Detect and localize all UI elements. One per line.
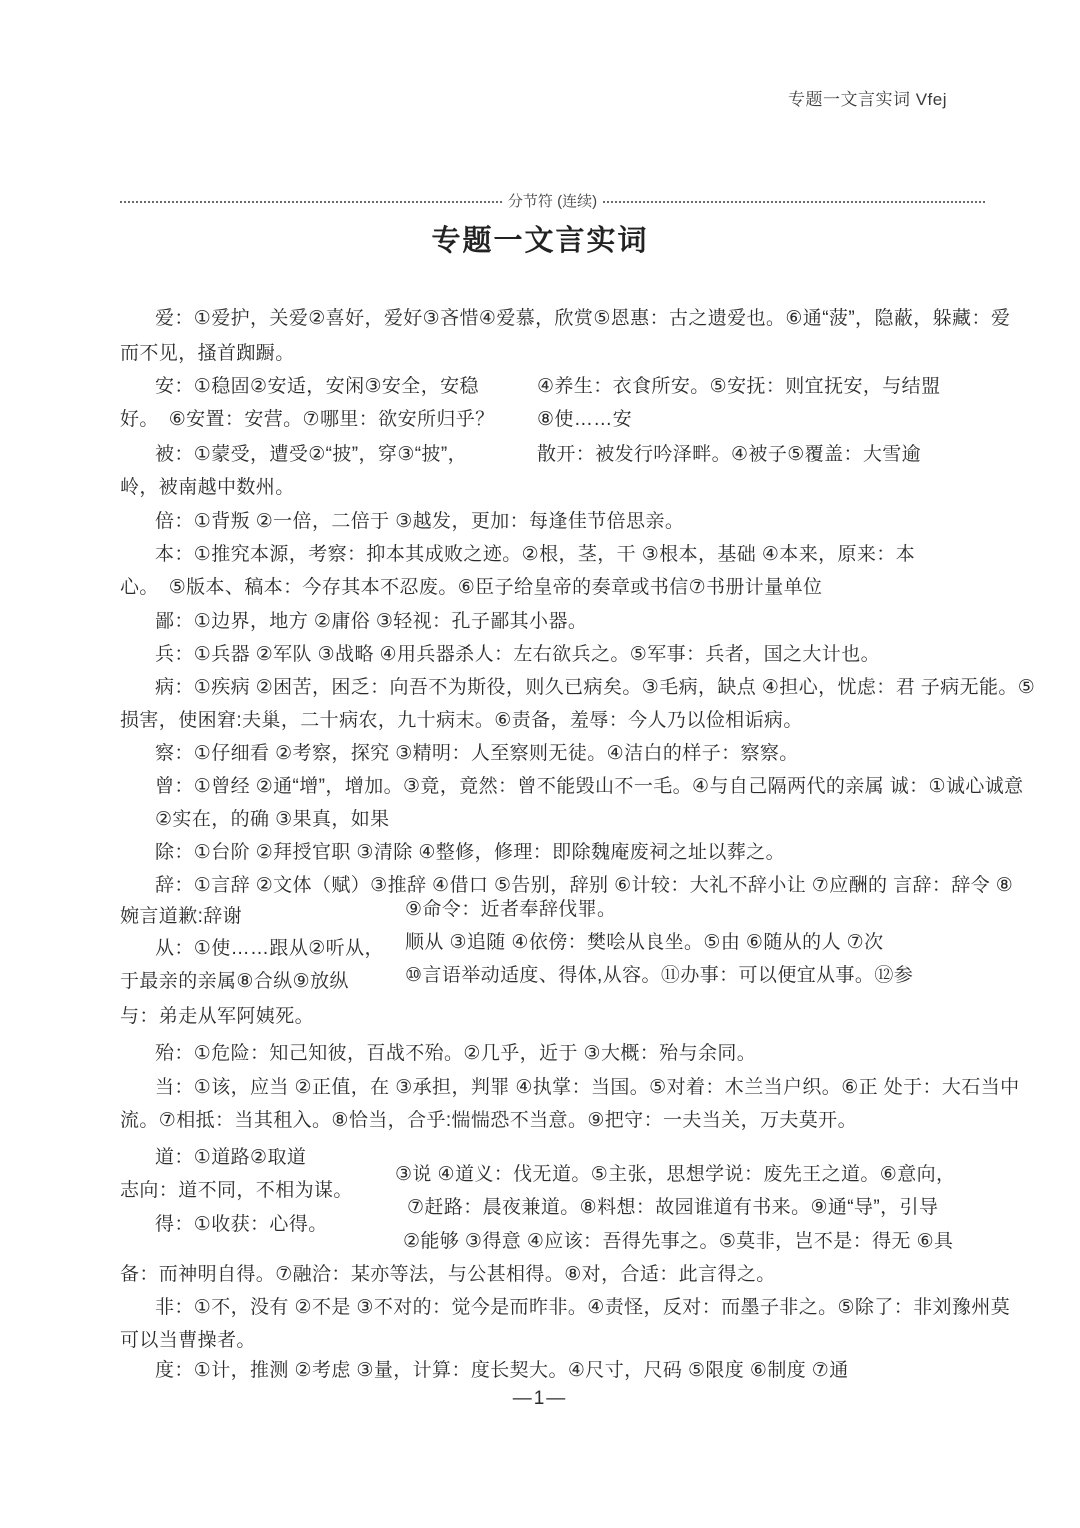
text-line: 被：①蒙受，遭受②“披”，穿③“披”， [155,444,467,467]
text-line: 察：①仔细看 ②考察，探究 ③精明：人至察则无徒。④洁白的样子：察察。 [155,743,799,766]
text-line: ④养生：衣食所安。⑤安抚：则宜抚安，与结盟 [537,376,940,399]
section-break-label: 分节符 (连续) [506,190,599,211]
text-line: 而不见，搔首踟蹰。 [120,343,295,366]
section-break-dots-right [603,201,985,203]
text-line: ⑦赶路：晨夜兼道。⑧料想：故园谁道有书来。⑨通“导”，引导 [407,1197,938,1220]
text-line: 当：①该，应当 ②正值，在 ③承担，判罪 ④执掌：当国。⑤对着：木兰当户织。⑥正… [155,1077,1020,1100]
text-line: 曾：①曾经 ②通“增”，增加。③竟，竟然：曾不能毁山不一毛。④与自己隔两代的亲属… [155,776,1024,799]
text-line: 心。 ⑤版本、稿本：今存其本不忍废。⑥臣子给皇帝的奏章或书信⑦书册计量单位 [120,577,822,600]
page-header-text: 专题一文言实词 Vfej [788,85,947,110]
text-line: 于最亲的亲属⑧合纵⑨放纵 [120,971,349,994]
text-line: 岭，被南越中数州。 [120,477,295,500]
text-line: ⑧使……安 [537,409,632,432]
text-line: 可以当曹操者。 [120,1330,256,1353]
text-line: 安：①稳固②安适，安闲③安全，安稳 [155,376,479,399]
page-number: —1— [0,1388,1080,1410]
text-line: 病：①疾病 ②困苦，困乏：向吾不为斯役，则久已病矣。③毛病，缺点 ④担心，忧虑：… [155,677,1035,700]
text-line: ⑨命令：近者奉辞伐罪。 [405,899,616,922]
text-line: 非：①不，没有 ②不是 ③不对的：觉今是而昨非。④责怪，反对：而墨子非之。⑤除了… [155,1297,1010,1320]
text-line: 散开：被发行吟泽畔。④被子⑤覆盖：大雪逾 [537,444,921,467]
section-break-marker: 分节符 (连续) [120,190,985,211]
text-line: 志向：道不同，不相为谋。 [120,1180,353,1203]
text-line: 从：①使……跟从②听从， [155,938,384,961]
section-break-dots-left [120,201,502,203]
text-line: ③说 ④道义：伐无道。⑤主张，思想学说：废先王之道。⑥意向， [395,1164,955,1187]
text-line: 得：①收获：心得。 [155,1214,328,1237]
text-line: ②能够 ③得意 ④应该：吾得先事之。⑤莫非，岂不是：得无 ⑥具 [403,1231,953,1254]
text-line: 度：①计，推测 ②考虑 ③量，计算：度长契大。④尺寸，尺码 ⑤限度 ⑥制度 ⑦通 [155,1360,849,1383]
text-line: ②实在，的确 ③果真，如果 [155,809,390,832]
text-line: 道：①道路②取道 [155,1147,306,1170]
text-line: ⑩言语举动适度、得体,从容。⑪办事：可以便宜从事。⑫参 [405,965,913,988]
text-line: 好。 ⑥安置：安营。⑦哪里：欲安所归乎？ [120,409,495,432]
text-line: 鄙：①边界，地方 ②庸俗 ③轻视：孔子鄙其小器。 [155,611,587,634]
text-line: 兵：①兵器 ②军队 ③战略 ④用兵器杀人：左右欲兵之。⑤军事：兵者，国之大计也。 [155,644,880,667]
text-line: 婉言道歉:辞谢 [120,906,242,929]
text-line: 本：①推究本源，考察：抑本其成败之迹。②根，茎，干 ③根本，基础 ④本来，原来：… [155,544,915,567]
text-line: 流。⑦相抵：当其租入。⑧恰当，合乎:惴惴恐不当意。⑨把守：一夫当关，万夫莫开。 [120,1110,857,1133]
text-line: 倍：①背叛 ②一倍，二倍于 ③越发，更加：每逢佳节倍思亲。 [155,511,684,534]
text-line: 备：而神明自得。⑦融洽：某亦等法，与公甚相得。⑧对，合适：此言得之。 [120,1264,776,1287]
text-line: 与：弟走从军阿姨死。 [120,1006,314,1029]
text-line: 顺从 ③追随 ④依傍：樊哙从良坐。⑤由 ⑥随从的人 ⑦次 [405,932,883,955]
page-title: 专题一文言实词 [0,218,1080,259]
document-page: 专题一文言实词 Vfej 分节符 (连续) 专题一文言实词 爱：①爱护，关爱②喜… [0,0,1080,1528]
text-line: 殆：①危险：知己知彼，百战不殆。②几乎，近于 ③大概：殆与余同。 [155,1043,756,1066]
text-line: 损害，使困窘:夫巢，二十病农，九十病末。⑥责备，羞辱：今人乃以俭相诟病。 [120,710,803,733]
text-line: 爱：①爱护，关爱②喜好，爱好③吝惜④爱慕，欣赏⑤恩惠：古之遗爱也。⑥通“菠”，隐… [155,308,1010,331]
text-line: 除：①台阶 ②拜授官职 ③清除 ④整修，修理：即除魏庵废祠之址以葬之。 [155,842,785,865]
text-line: 辞：①言辞 ②文体（赋）③推辞 ④借口 ⑤告别，辞别 ⑥计较：大礼不辞小让 ⑦应… [155,875,1013,898]
